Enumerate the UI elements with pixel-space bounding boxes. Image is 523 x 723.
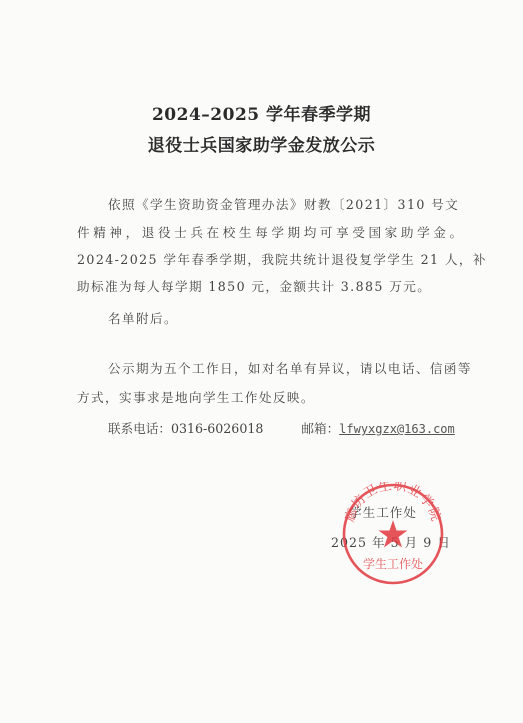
phone-label: 联系电话： — [108, 421, 171, 436]
list-note: 名单附后。 — [108, 308, 488, 327]
signature-organization: 学生工作处 — [349, 502, 417, 521]
seal-inner-text: 学生工作处 — [363, 556, 423, 571]
paragraph1-line1: 依照《学生资助资金管理办法》财教〔2021〕310 号文 — [108, 194, 488, 213]
paragraph1-line3: 2024-2025 学年春季学期，我院共统计退役复学学生 21 人，补 — [77, 249, 457, 268]
signature-date: 2025 年 5 月 9 日 — [331, 532, 451, 551]
document-title-line2: 退役士兵国家助学金发放公示 — [0, 131, 523, 156]
paragraph1-line4: 助标准为每人每学期 1850 元，金额共计 3.885 万元。 — [77, 276, 457, 295]
paragraph2-line1: 公示期为五个工作日，如对名单有异议，请以电话、信函等 — [108, 358, 488, 377]
paragraph2-line2: 方式，实事求是地向学生工作处反映。 — [77, 387, 457, 406]
document-title-line1: 2024–2025 学年春季学期 — [0, 100, 523, 125]
paragraph1-line2: 件精神，退役士兵在校生每学期均可享受国家助学金。 — [77, 222, 457, 241]
phone-number: 0316-6026018 — [171, 421, 263, 436]
contact-line: 联系电话：0316-6026018邮箱：lfwyxgzx@163.com — [108, 418, 488, 437]
email-link[interactable]: lfwyxgzx@163.com — [339, 422, 455, 436]
email-label: 邮箱： — [301, 421, 339, 436]
